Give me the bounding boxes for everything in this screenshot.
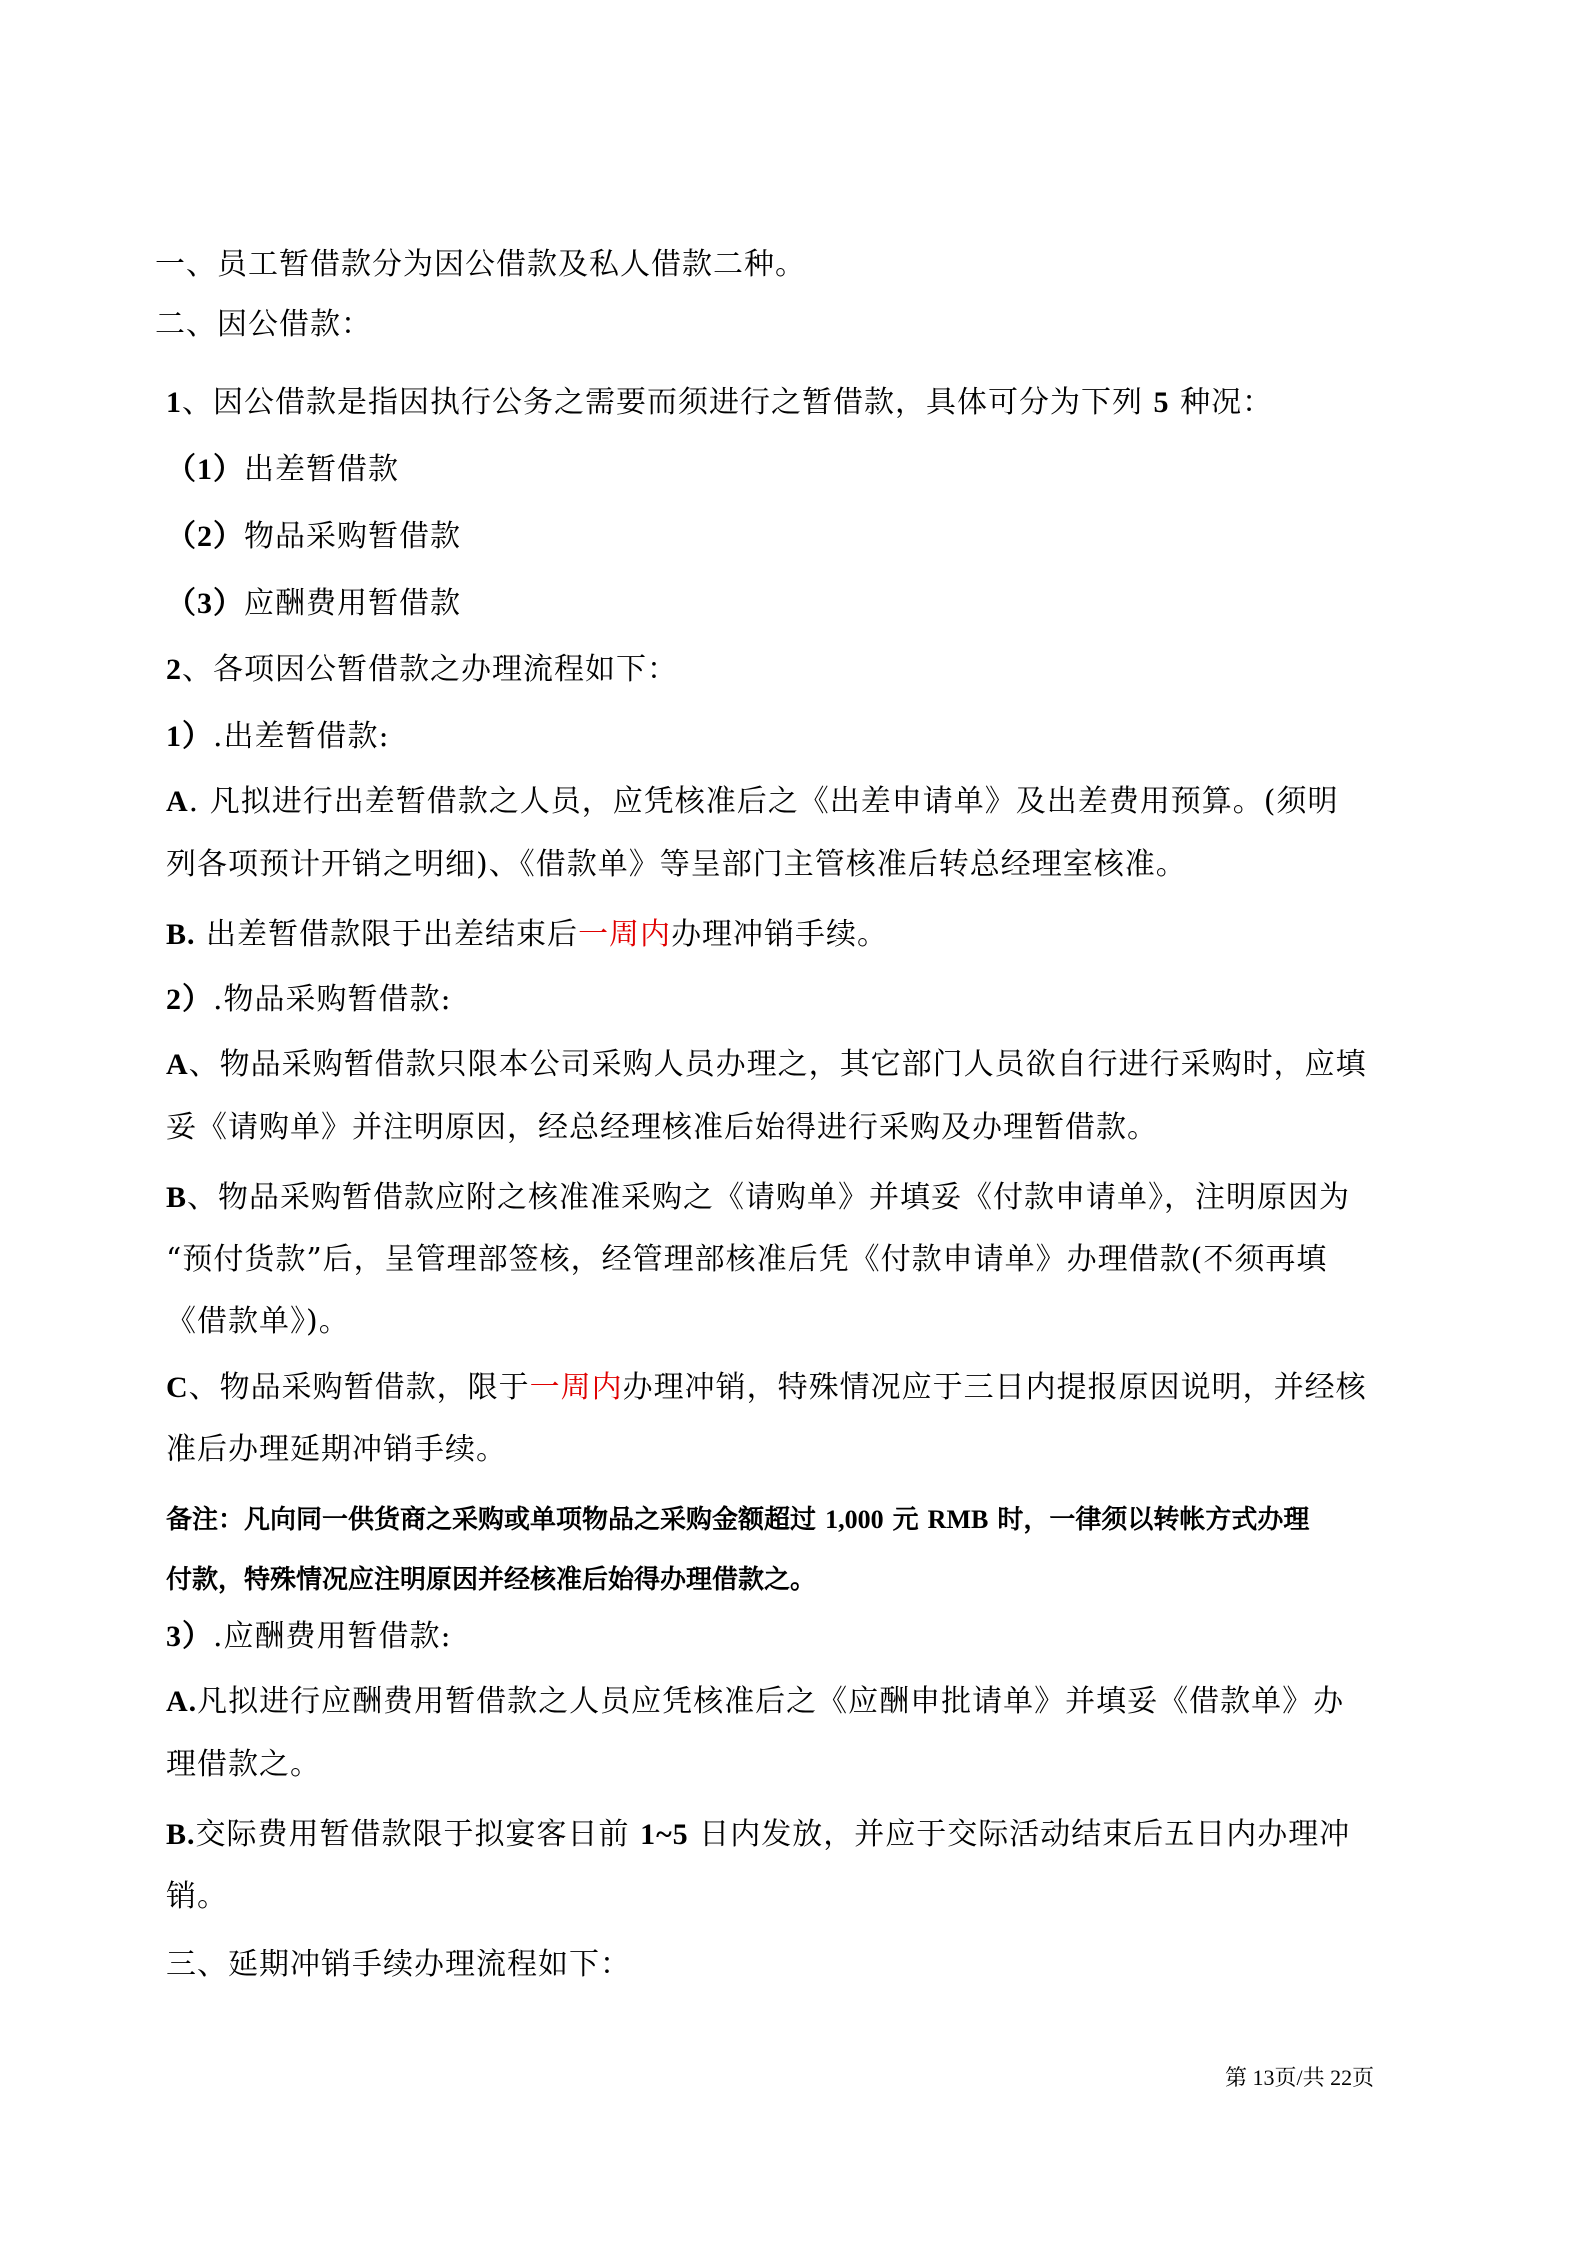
paragraph-number: 1 bbox=[166, 386, 182, 419]
clause-travel-a-line-2: 列各项预计开销之明细)、《借款单》等呈部门主管核准后转总经理室核准。 bbox=[166, 845, 1187, 885]
list-item: （3）应酬费用暂借款 bbox=[166, 584, 461, 624]
note-line-2: 付款，特殊情况应注明原因并经核准后始得办理借款之。 bbox=[166, 1560, 816, 1600]
list-item-text: 物品采购暂借款 bbox=[244, 519, 461, 554]
section-text: 延期冲销手续办理流程如下： bbox=[228, 1947, 631, 1982]
clause-text-end: 日内发放，并应于交际活动结束后五日内办理冲 bbox=[689, 1817, 1351, 1852]
section-1: 一、员工暂借款分为因公借款及私人借款二种。 bbox=[155, 245, 806, 285]
note-text: 付款，特殊情况应注明原因并经核准后始得办理借款之。 bbox=[166, 1565, 816, 1595]
clause-label: A bbox=[166, 785, 189, 818]
clause-label: A. bbox=[166, 1685, 197, 1718]
clause-label: B bbox=[166, 1181, 187, 1214]
clause-purchase-b-line-2: “预付货款”后，呈管理部签核，经管理部核准后凭《付款申请单》办理借款(不须再填 bbox=[166, 1240, 1327, 1280]
clause-text: 出差暂借款限于出差结束后 bbox=[196, 917, 579, 952]
subheading-text: .物品采购暂借款: bbox=[213, 982, 452, 1017]
clause-text: 凡拟进行应酬费用暂借款之人员应凭核准后之《应酬申批请单》并填妥《借款单》办 bbox=[197, 1684, 1344, 1719]
clause-text: “预付货款”后，呈管理部签核，经管理部核准后凭《付款申请单》办理借款(不须再填 bbox=[166, 1242, 1327, 1277]
clause-text: 理借款之。 bbox=[166, 1747, 321, 1782]
subheading-number: 2） bbox=[166, 983, 213, 1016]
clause-label: C bbox=[166, 1371, 189, 1404]
list-item-number: （1） bbox=[166, 453, 244, 486]
clause-text: 销。 bbox=[166, 1879, 228, 1914]
subheading-text: .应酬费用暂借款: bbox=[213, 1619, 452, 1654]
subheading-purchase-loan: 2）.物品采购暂借款: bbox=[166, 980, 452, 1020]
clause-text-end: 办理冲销，特殊情况应于三日内提报原因说明，并经核 bbox=[623, 1370, 1367, 1405]
note-amount: 1,000 bbox=[825, 1505, 884, 1534]
clause-entertainment-b-line-1: B.交际费用暂借款限于拟宴客日前 1~5 日内发放，并应于交际活动结束后五日内办… bbox=[166, 1815, 1350, 1855]
clause-purchase-a-line-2: 妥《请购单》并注明原因，经总经理核准后始得进行采购及办理暂借款。 bbox=[166, 1108, 1158, 1148]
paragraph-2: 2、各项因公暂借款之办理流程如下： bbox=[166, 650, 678, 690]
clause-entertainment-b-line-2: 销。 bbox=[166, 1877, 228, 1917]
clause-travel-a-line-1: A. 凡拟进行出差暂借款之人员，应凭核准后之《出差申请单》及出差费用预算。(须明 bbox=[166, 782, 1338, 822]
note-text: 元 bbox=[884, 1505, 928, 1535]
paragraph-text: 、因公借款是指因执行公务之需要而须进行之暂借款，具体可分为下列 bbox=[182, 385, 1154, 420]
section-prefix: 一、 bbox=[155, 247, 217, 282]
clause-label: A bbox=[166, 1048, 189, 1081]
subheading-number: 3） bbox=[166, 1620, 213, 1653]
list-item: （2）物品采购暂借款 bbox=[166, 517, 461, 557]
section-text: 因公借款： bbox=[217, 307, 372, 342]
clause-text-end: 办理冲销手续。 bbox=[671, 917, 888, 952]
clause-text: 、物品采购暂借款，限于 bbox=[189, 1370, 530, 1405]
clause-travel-b: B. 出差暂借款限于出差结束后一周内办理冲销手续。 bbox=[166, 915, 888, 955]
section-prefix: 二、 bbox=[155, 307, 217, 342]
clause-entertainment-a-line-1: A.凡拟进行应酬费用暂借款之人员应凭核准后之《应酬申批请单》并填妥《借款单》办 bbox=[166, 1682, 1344, 1722]
clause-purchase-a-line-1: A、物品采购暂借款只限本公司采购人员办理之，其它部门人员欲自行进行采购时，应填 bbox=[166, 1045, 1367, 1085]
clause-text: 妥《请购单》并注明原因，经总经理核准后始得进行采购及办理暂借款。 bbox=[166, 1110, 1158, 1145]
list-item-number: （3） bbox=[166, 587, 244, 620]
clause-text: 列各项预计开销之明细)、《借款单》等呈部门主管核准后转总经理室核准。 bbox=[166, 847, 1187, 882]
paragraph-1: 1、因公借款是指因执行公务之需要而须进行之暂借款，具体可分为下列 5 种况： bbox=[166, 383, 1273, 423]
highlight-deadline: 一周内 bbox=[530, 1370, 623, 1405]
note-text: 备注：凡向同一供货商之采购或单项物品之采购金额超过 bbox=[166, 1505, 825, 1535]
subheading-text: .出差暂借款: bbox=[213, 719, 390, 754]
section-prefix: 三、 bbox=[166, 1947, 228, 1982]
paragraph-text-end: 种况： bbox=[1170, 385, 1274, 420]
category-count: 5 bbox=[1154, 386, 1170, 419]
clause-text: 、物品采购暂借款应附之核准准采购之《请购单》并填妥《付款申请单》，注明原因为 bbox=[187, 1180, 1350, 1215]
list-item: （1）出差暂借款 bbox=[166, 450, 399, 490]
note-text-end: 时，一律须以转帐方式办理 bbox=[988, 1505, 1309, 1535]
day-range: 1~5 bbox=[640, 1818, 689, 1851]
clause-text: 、物品采购暂借款只限本公司采购人员办理之，其它部门人员欲自行进行采购时，应填 bbox=[189, 1047, 1367, 1082]
paragraph-number: 2 bbox=[166, 653, 182, 686]
subheading-entertainment-loan: 3）.应酬费用暂借款: bbox=[166, 1617, 452, 1657]
clause-entertainment-a-line-2: 理借款之。 bbox=[166, 1745, 321, 1785]
clause-text: 准后办理延期冲销手续。 bbox=[166, 1432, 507, 1467]
subheading-travel-loan: 1）.出差暂借款: bbox=[166, 717, 390, 757]
document-page: 一、员工暂借款分为因公借款及私人借款二种。 二、因公借款： 1、因公借款是指因执… bbox=[0, 0, 1587, 2245]
clause-purchase-c-line-2: 准后办理延期冲销手续。 bbox=[166, 1430, 507, 1470]
list-item-text: 应酬费用暂借款 bbox=[244, 586, 461, 621]
subheading-number: 1） bbox=[166, 720, 213, 753]
clause-text: 交际费用暂借款限于拟宴客日前 bbox=[196, 1817, 641, 1852]
clause-purchase-b-line-3: 《借款单》)。 bbox=[166, 1302, 350, 1342]
clause-label: B. bbox=[166, 1818, 196, 1851]
list-item-text: 出差暂借款 bbox=[244, 452, 399, 487]
highlight-deadline: 一周内 bbox=[578, 917, 671, 952]
clause-purchase-c-line-1: C、物品采购暂借款，限于一周内办理冲销，特殊情况应于三日内提报原因说明，并经核 bbox=[166, 1368, 1367, 1408]
clause-text: 《借款单》)。 bbox=[166, 1304, 350, 1339]
note-currency: RMB bbox=[928, 1505, 989, 1534]
note-line-1: 备注：凡向同一供货商之采购或单项物品之采购金额超过 1,000 元 RMB 时，… bbox=[166, 1500, 1309, 1540]
clause-purchase-b-line-1: B、物品采购暂借款应附之核准准采购之《请购单》并填妥《付款申请单》，注明原因为 bbox=[166, 1178, 1350, 1218]
list-item-number: （2） bbox=[166, 520, 244, 553]
clause-label: B. bbox=[166, 918, 196, 951]
paragraph-text: 、各项因公暂借款之办理流程如下： bbox=[182, 652, 678, 687]
section-3-heading: 三、延期冲销手续办理流程如下： bbox=[166, 1945, 631, 1985]
section-text: 员工暂借款分为因公借款及私人借款二种。 bbox=[217, 247, 806, 282]
clause-text: . 凡拟进行出差暂借款之人员，应凭核准后之《出差申请单》及出差费用预算。(须明 bbox=[189, 784, 1339, 819]
page-number-footer: 第 13页/共 22页 bbox=[1225, 2063, 1374, 2093]
section-2-heading: 二、因公借款： bbox=[155, 305, 372, 345]
